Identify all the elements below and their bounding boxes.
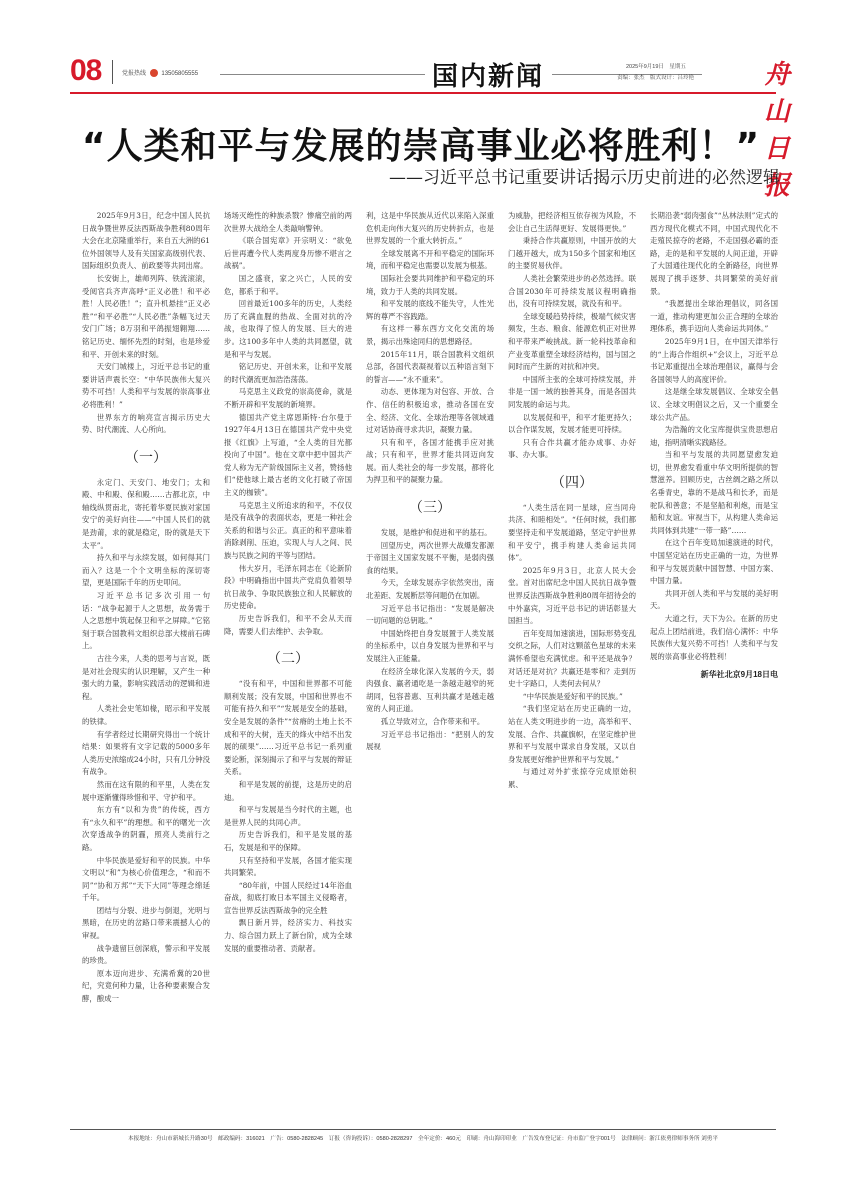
section-marker-2: （二） [224,648,352,670]
paragraph: 为浩瀚的文化宝库提供宝贵思想启迪，指明清晰实践路径。 [650,424,778,449]
paragraph: 发展，是维护和促进和平的基石。 [366,527,494,540]
paragraph: 场场灭绝性的种族杀戮？惨痛空前的两次世界大战给全人类敲响警钟。 [224,210,352,235]
paragraph: 为威胁，把经济相互依存视为风险，不会让自己生活得更好、发展得更快。” [508,210,636,235]
paragraph: 国际社会要共同维护和平稳定的环境，致力于人类的共同发展。 [366,273,494,298]
paragraph: 只有合作共赢才能办成事、办好事、办大事。 [508,437,636,462]
paragraph: 2025年9月1日，在中国天津举行的“上海合作组织+”会议上，习近平总书记郑重提… [650,336,778,386]
paragraph: 马克思主义政党的崇高使命，就是不断开辟和平发展的新境界。 [224,386,352,411]
paragraph: 国之盛衰，家之兴亡，人民的安危，都系于和平。 [224,273,352,298]
paragraph: 历史告诉我们，和平不会从天而降，需要人们去维护、去争取。 [224,613,352,638]
article-body: 2025年9月3日，纪念中国人民抗日战争暨世界反法西斯战争胜利80周年大会在北京… [82,210,778,1105]
paragraph: 只有坚持和平发展，各国才能实现共同繁荣。 [224,855,352,880]
paragraph: 团结与分裂、进步与倒退，光明与黑暗，在历史的岔路口带来震撼人心的审视。 [82,905,210,943]
issue-date: 2025年9月19日 星期五 [626,62,686,70]
editor-credits: 责编：张杰 版式设计：吕玲艳 [617,73,694,81]
paragraph: 2025年9月3日，纪念中国人民抗日战争暨世界反法西斯战争胜利80周年大会在北京… [82,210,210,273]
paragraph: 古往今来，人类的思考与言说，既是对社会现实的认识理解，又产生一种强大的力量，影响… [82,653,210,703]
paragraph: 全球发展离不开和平稳定的国际环境，而和平稳定也需要以发展为根基。 [366,248,494,273]
subtitle: ——习近平总书记重要讲话揭示历史前进的必然逻辑 [180,163,780,188]
paragraph: 回望历史，两次世界大战爆发都源于帝国主义国家发展不平衡，是弱肉强食的结果。 [366,540,494,578]
paragraph: 世界东方的响亮宣言揭示历史大势、时代潮流、人心所向。 [82,412,210,437]
paragraph: 历史告诉我们，和平是发展的基石，发展是和平的保障。 [224,829,352,854]
section-marker-3: （三） [366,497,494,519]
paragraph: 长期沿袭“弱肉强食”“丛林法则”定式的西方现代化模式不同，中国式现代化不走殖民掠… [650,210,778,298]
paragraph: 人类社会繁荣进步的必然选择。联合国2030年可持续发展议程明确指出，没有可持续发… [508,273,636,311]
paragraph: 2015年11月，联合国教科文组织总部，各国代表凝视着以五种语言刻下的誓言——“… [366,349,494,387]
paragraph: “中华民族是爱好和平的民族。” [508,691,636,704]
paragraph: 利，这是中华民族从近代以来陷入深重危机走向伟大复兴的历史转折点，也是世界发展的一… [366,210,494,248]
header-divider [112,60,113,84]
column-5: 长期沿袭“弱肉强食”“丛林法则”定式的西方现代化模式不同，中国式现代化不走殖民掠… [650,210,778,1105]
paragraph: 和平是发展的前提，这是历史的启迪。 [224,779,352,804]
paragraph: 中华民族是爱好和平的民族。中华文明以“和”为核心价值理念，“和而不同”“协和万邦… [82,855,210,905]
headline: “人类和平与发展的崇高事业必将胜利！” [60,118,782,169]
paragraph: “没有和平，中国和世界都不可能顺利发展；没有发展，中国和世界也不可能有持久和平”… [224,678,352,779]
header-red-rule [70,92,776,94]
paragraph: 原本迈向进步、充满希冀的20世纪，究竟何种力量，让各种要素聚合发酵，酿成一 [82,968,210,1006]
footer-imprint: 本报地址：舟山市新城长升路30号 邮政编码：316021 广告：0580-282… [70,1134,776,1142]
column-2: 场场灭绝性的种族杀戮？惨痛空前的两次世界大战给全人类敲响警钟。 《联合国宪章》开… [224,210,352,1105]
paragraph: 《联合国宪章》开宗明义：“欲免后世再遭今代人类两度身历惨不堪言之战祸”。 [224,235,352,273]
column-3: 利，这是中华民族从近代以来陷入深重危机走向伟大复兴的历史转折点，也是世界发展的一… [366,210,494,1105]
hotline-label: 党报热线 [122,71,146,77]
paragraph: 2025年9月3日，北京人民大会堂。首对出席纪念中国人民抗日战争暨世界反法西斯战… [508,565,636,628]
page-number: 08 [70,54,101,88]
section-title: 国内新闻 [432,56,544,93]
paragraph: 习近平总书记指出：“把别人的发展视 [366,729,494,754]
paragraph: 当和平与发展的共同愿望愈发迫切，世界愈发看重中华文明所提供的智慧滋养。回顾历史，… [650,449,778,537]
page-header: 08 党报热线 13505805555 国内新闻 2025年9月19日 星期五 … [70,58,776,86]
paragraph: “我愿提出全球治理倡议，同各国一道，推动构建更加公正合理的全球治理体系，携手迈向… [650,298,778,336]
paragraph: 这是继全球发展倡议、全球安全倡议、全球文明倡议之后，又一个重要全球公共产品。 [650,386,778,424]
paragraph: 有这样一幕东西方文化交流的场景，揭示出殊途同归的思想路径。 [366,323,494,348]
paragraph: 动态、更体现为对包容、开放、合作、信任的积极追求，推动各国在安全、经济、文化、全… [366,386,494,436]
paragraph: 和平发展的底线不能失守，人性光辉的尊严不容践踏。 [366,298,494,323]
column-4: 为威胁，把经济相互依存视为风险，不会让自己生活得更好、发展得更快。” 秉持合作共… [508,210,636,1105]
footer-rule [70,1129,776,1130]
section-marker-4: （四） [508,472,636,494]
paragraph: 在经济全球化深入发展的今天，弱肉强食、赢者通吃是一条越走越窄的死胡同，包容普惠、… [366,666,494,716]
paragraph: “人类生活在同一星球，应当同舟共济、和睦相处”。“任何时候，我们都要坚持走和平发… [508,502,636,565]
hotline-number: 13505805555 [161,71,198,77]
paragraph: 大道之行，天下为公。在新的历史起点上团结前进，我们信心满怀：中华民族伟大复兴势不… [650,613,778,663]
paragraph: “我们坚定站在历史正确的一边，站在人类文明进步的一边，高举和平、发展、合作、共赢… [508,703,636,766]
paragraph: 铭记历史、开创未来，让和平发展的时代潮流更加浩浩荡荡。 [224,361,352,386]
paragraph: 持久和平与永续发展，如何得其门而入？这是一个个文明坐标的深切寄望，更是国际千年的… [82,552,210,590]
paragraph: 德国共产党主席恩斯特·台尔曼于1927年4月13日在德国共产党中央党报《红旗》上… [224,412,352,500]
paragraph: 中国所主张的全球可持续发展，并非是一国一域的独善其身，而是各国共同发展的命运与共… [508,374,636,412]
column-1: 2025年9月3日，纪念中国人民抗日战争暨世界反法西斯战争胜利80周年大会在北京… [82,210,210,1105]
paragraph: 百年变局加速演进，国际形势变乱交织之际，人们对这颗蓝色星球的未来满怀希望也充满忧… [508,628,636,691]
paragraph: 和平与发展是当今时代的主题，也是世界人民的共同心声。 [224,804,352,829]
paragraph: “80年前，中国人民经过14年浴血奋战，彻底打败日本军国主义侵略者，宣告世界反法… [224,880,352,918]
paragraph: 飘日新月异，经济实力、科技实力、综合国力跃上了新台阶，成为全球发展的重要推动者、… [224,917,352,955]
paragraph: 人类社会史笔如椽，昭示和平发展的铁律。 [82,703,210,728]
paragraph: 只有和平，各国才能携手应对挑战；只有和平，世界才能共同迈向发展。而人类社会的每一… [366,437,494,487]
hotline: 党报热线 13505805555 [122,68,198,77]
paragraph: 然而在这有限的和平里，人类在发展中逐渐懂得珍惜和平、守护和平。 [82,779,210,804]
dateline-signoff: 新华社北京9月18日电 [650,669,778,682]
paragraph: 战争遗留巨创深痕，警示和平发展的珍贵。 [82,943,210,968]
paper-logo-icon [150,69,158,77]
paragraph: 孤立导致对立，合作带来和平。 [366,716,494,729]
paragraph: 习近平总书记指出：“发展是解决一切问题的总钥匙。” [366,603,494,628]
section-marker-1: （一） [82,447,210,469]
paragraph: 秉持合作共赢原则，中国开放的大门越开越大，成为150多个国家和地区的主要贸易伙伴… [508,235,636,273]
paragraph: 永定门、天安门、地安门；太和殿、中和殿、保和殿……古都北京，中轴线纵贯南北，寄托… [82,477,210,553]
paragraph: 回首最近100多年的历史，人类经历了充满血腥的热战、全面对抗的冷战，也取得了惊人… [224,298,352,361]
paragraph: 以发展促和平，和平才能更持久；以合作谋发展，发展才能更可持续。 [508,412,636,437]
paragraph: 天安门城楼上，习近平总书记的重要讲话声震长空：“中华民族伟大复兴势不可挡！人类和… [82,361,210,411]
paragraph: 共同开创人类和平与发展的美好明天。 [650,588,778,613]
header-rule-left [220,74,425,75]
paragraph: 中国始终把自身发展置于人类发展的坐标系中，以自身发展为世界和平与发展注入正能量。 [366,628,494,666]
paragraph: 与通过对外扩张掠夺完成原始积累、 [508,766,636,791]
paragraph: 马克思主义所追求的和平，不仅仅是没有战争的表面状态，更是一种社会关系的和谐与公正… [224,500,352,563]
paragraph: 伟大岁月，毛泽东同志在《论新阶段》中明确指出中国共产党肩负着领导抗日战争、争取民… [224,563,352,613]
paragraph: 在这个百年变局加速演进的时代，中国坚定站在历史正确的一边，为世界和平与发展贡献中… [650,537,778,587]
paragraph: 习近平总书记多次引用一句话：“战争起源于人之思想，故务需于人之思想中筑起保卫和平… [82,590,210,653]
paragraph: 长安街上，雄师列阵、铁流滚滚，受阅官兵齐声高呼“正义必胜！和平必胜！人民必胜！”… [82,273,210,361]
paragraph: 东方有“以和为贵”的传统，西方有“永久和平”的理想。和平的曙光一次次穿透战争的阴… [82,804,210,854]
paragraph: 全球变暖趋势持续，极端气候灾害频发，生态、粮食、能源危机正对世界和平带来严峻挑战… [508,311,636,374]
paragraph: 有学者经过长期研究得出一个统计结果：如果将有文字记载的5000多年人类历史浓缩成… [82,729,210,779]
paragraph: 今天，全球发展赤字依然突出，南北差距、发展断层等问题仍在加剧。 [366,577,494,602]
